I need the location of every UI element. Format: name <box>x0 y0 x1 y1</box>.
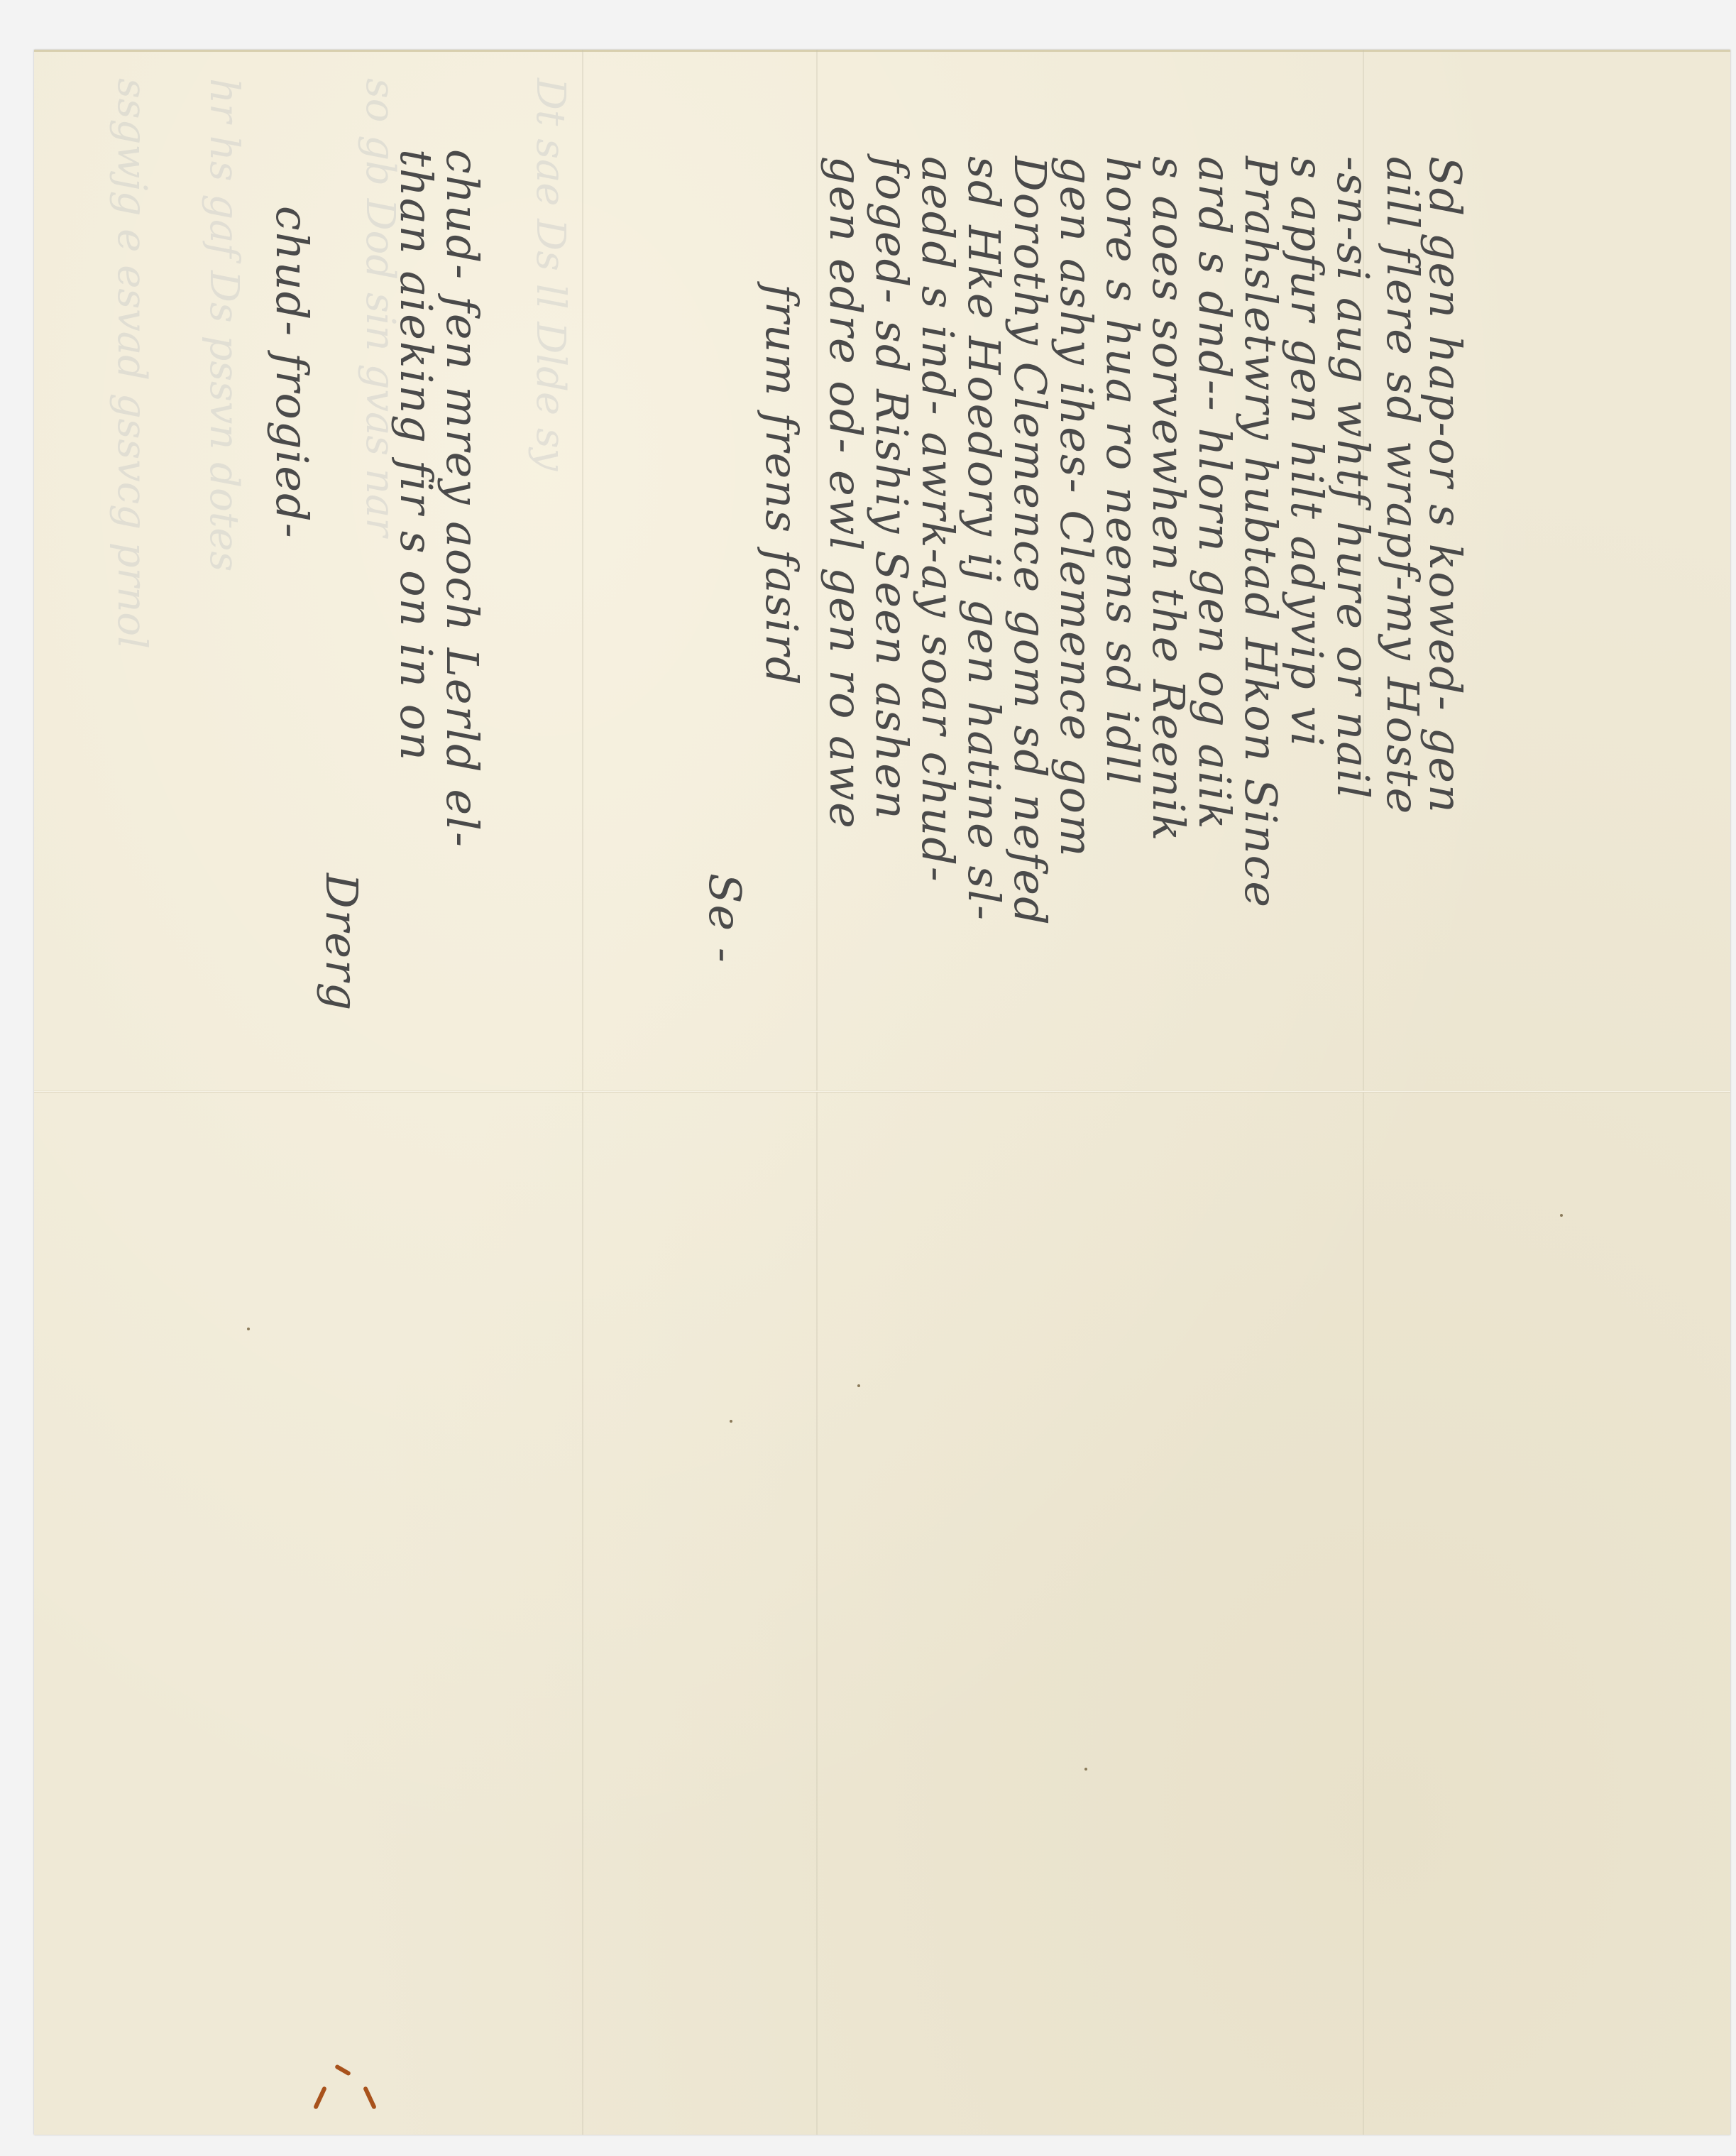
bleed-through-text: hr hs gaf Ds pssvn dotes <box>201 78 247 571</box>
paper-speck <box>857 1384 860 1387</box>
fold-line <box>34 1090 1730 1093</box>
paper-speck <box>730 1420 732 1423</box>
handwritten-line: gen edre od- ewl gen ro awe <box>820 156 872 830</box>
rust-mark <box>363 2086 377 2109</box>
handwritten-line: Prahsletwry hubtad Hkon Since <box>1235 156 1287 909</box>
rust-mark <box>334 2064 351 2076</box>
paper-speck <box>1084 1768 1087 1771</box>
bleed-through-text: ssgwjg e esvad gssvcg prnol <box>109 78 155 649</box>
handwritten-line: -sn-si aug whtf hure or nail <box>1327 156 1379 800</box>
paper-speck <box>1560 1214 1563 1217</box>
bleed-through-text: Dt sae Ds ll Dlde sy <box>527 78 573 471</box>
handwritten-line: sd Hke Hoedory ij gen hatine sl- <box>958 156 1010 921</box>
handwritten-line: Se - <box>699 873 751 964</box>
rust-mark <box>313 2086 327 2109</box>
signature: Drerg <box>316 873 368 1012</box>
letter-page: ssgwjg e esvad gssvcg prnol hr hs gaf Ds… <box>34 50 1730 2135</box>
handwritten-line: s aoes sorvewhen the Reenik <box>1143 156 1194 843</box>
handwritten-line: foged- sd Rishiy Seen ashen <box>866 156 918 821</box>
handwritten-line: hore s hua ro neens sd idll <box>1097 156 1148 786</box>
handwritten-line: aill flere sd wrapf-my Hoste <box>1377 156 1429 815</box>
handwritten-line: ard s dnd-- hlorn gen og aiik <box>1189 156 1241 831</box>
handwritten-line: Dorothy Clemence gom sd nefed <box>1004 156 1056 926</box>
closing-line: than aieking fir s on in on <box>390 149 442 762</box>
handwritten-line: aedd s ind- awrk-ay soar chud- <box>912 156 964 883</box>
closing-line: chud- fen mrey aoch Lerld el- <box>436 149 488 848</box>
closing-line: chud- frogied- <box>266 206 318 540</box>
paper-speck <box>247 1328 250 1330</box>
handwritten-line: frum frens fasird <box>756 284 808 686</box>
handwritten-line: s apfur gen hilt adyvip vi <box>1281 156 1333 748</box>
handwritten-line: gen ashy ihes- Clemence gom <box>1050 156 1102 858</box>
page-edge <box>34 50 1730 52</box>
